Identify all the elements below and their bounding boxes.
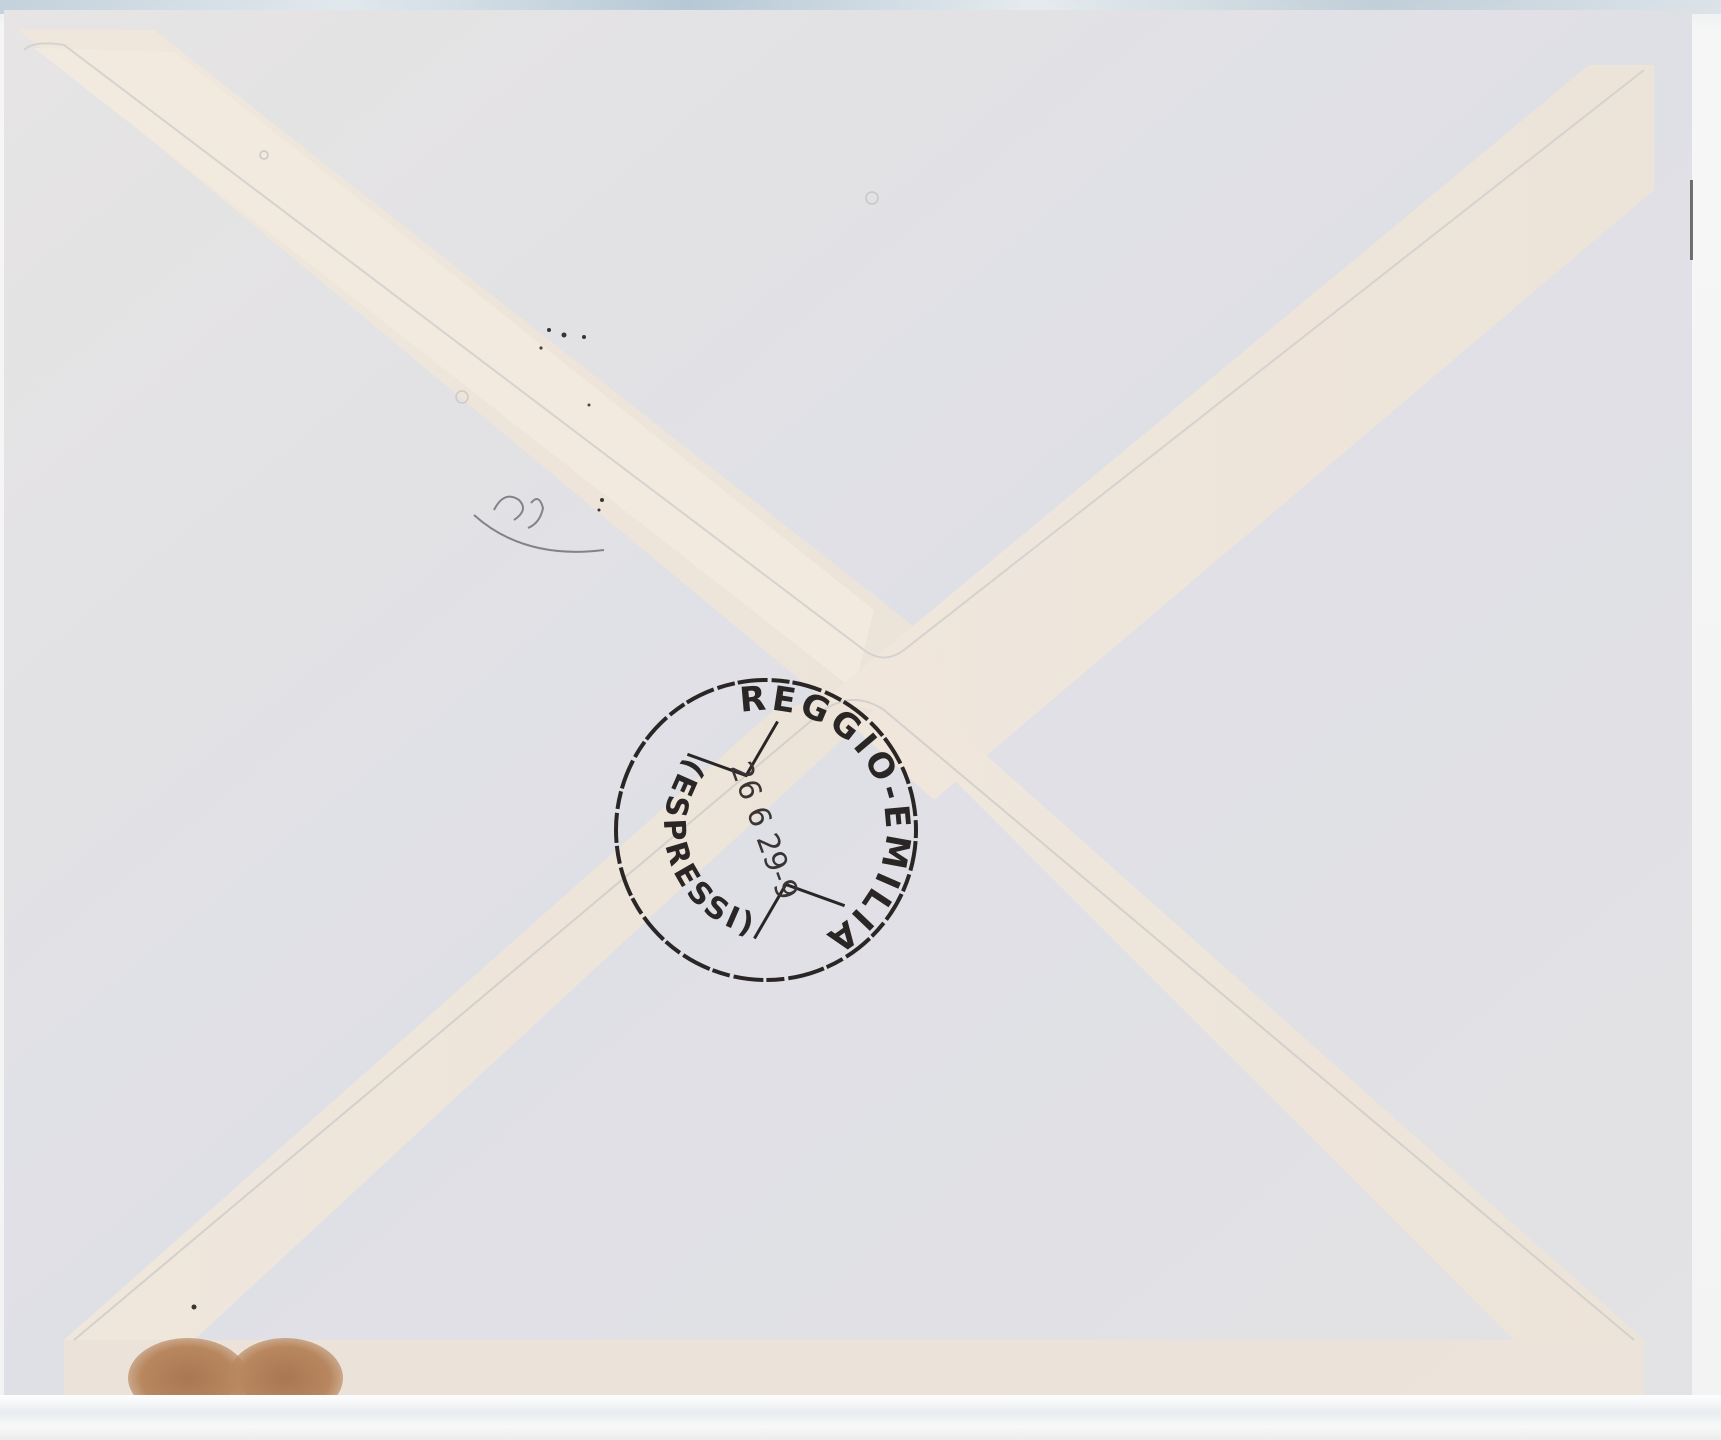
envelope-edge-mark (1690, 180, 1693, 260)
sleeve-bottom-edge (0, 1395, 1721, 1440)
postmark-date: 26 6 29-9 (723, 757, 805, 905)
postmark: REGGIO-EMILIA (ESPRESSI) 26 6 29-9 (608, 672, 924, 988)
